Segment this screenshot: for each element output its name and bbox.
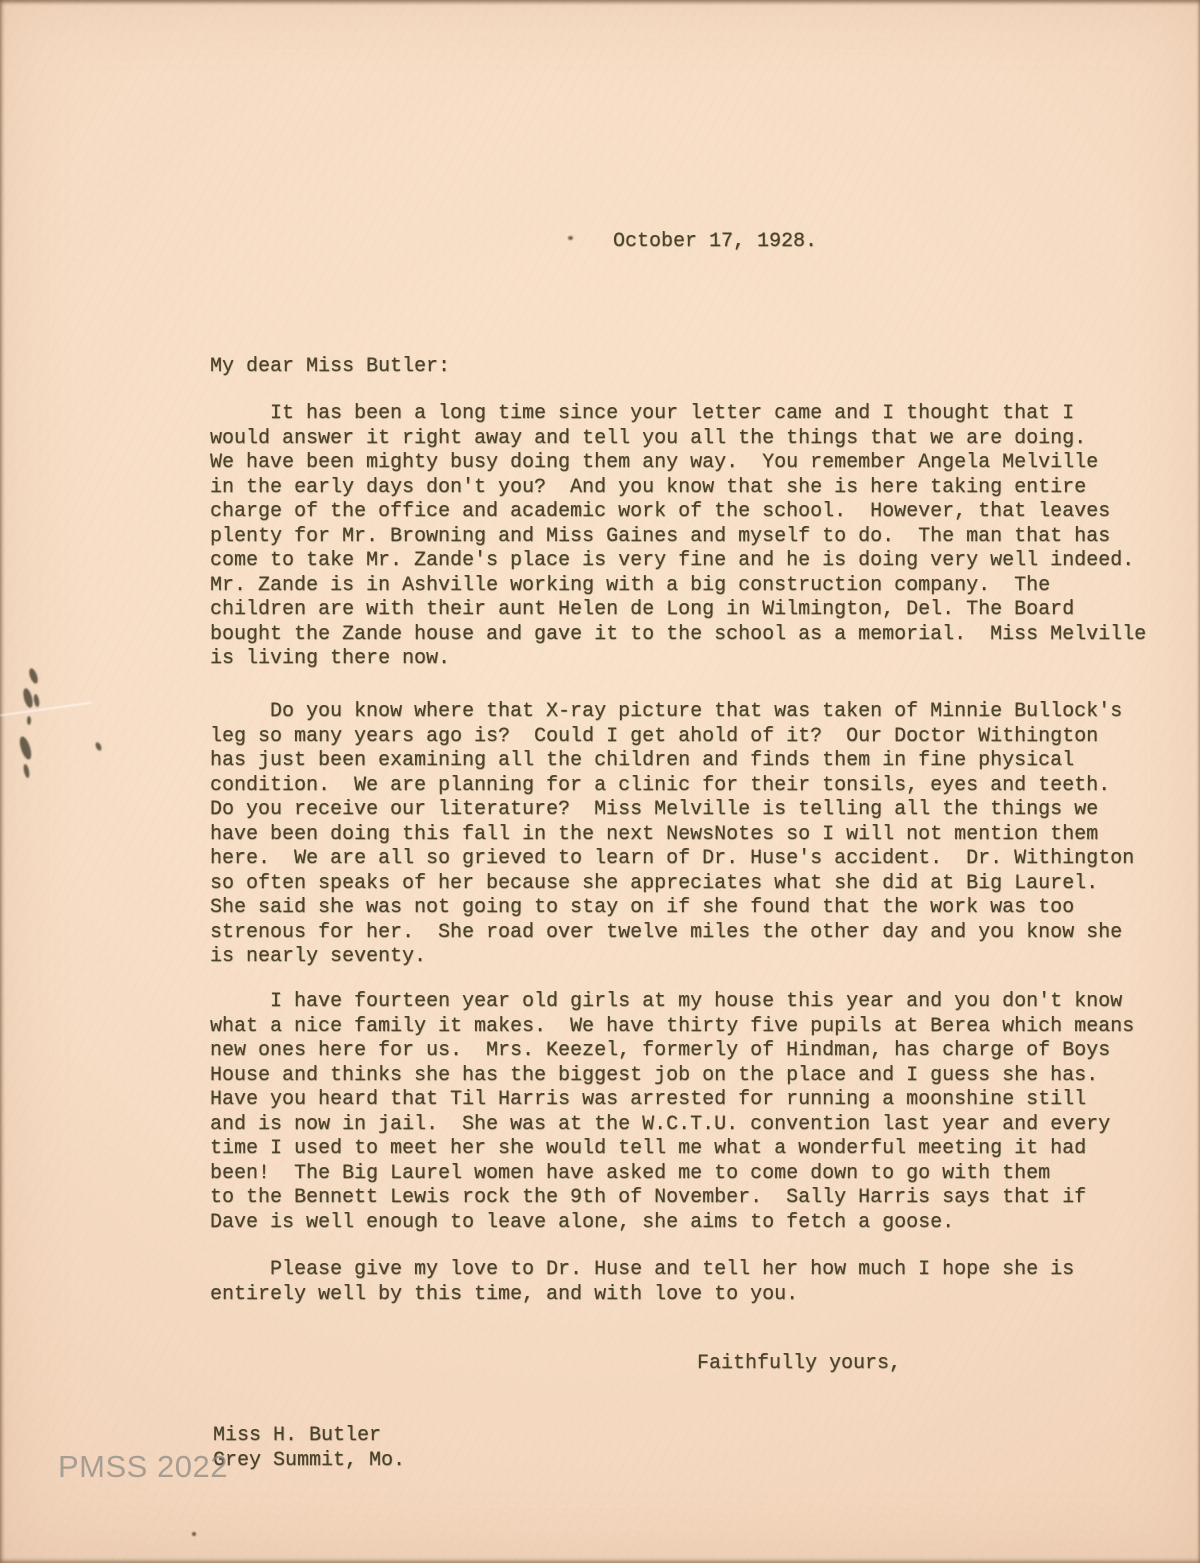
letter-date: October 17, 1928.	[613, 230, 817, 255]
closing-line: Faithfully yours,	[697, 1352, 901, 1377]
ink-smudge	[22, 687, 35, 708]
ink-smudge	[27, 716, 31, 725]
ink-smudge	[18, 735, 34, 761]
paper-crease	[0, 702, 91, 717]
ink-smudge	[568, 236, 573, 240]
ink-smudge	[23, 764, 31, 779]
archive-watermark: PMSS 2022	[58, 1455, 228, 1480]
letter-document: October 17, 1928. My dear Miss Butler: I…	[0, 0, 1200, 1563]
ink-smudge	[192, 1532, 196, 1536]
letter-paragraph-4: Please give my love to Dr. Huse and tell…	[210, 1258, 1074, 1307]
ink-smudge	[33, 694, 40, 708]
letter-paragraph-3: I have fourteen year old girls at my hou…	[210, 990, 1134, 1235]
letter-paragraph-1: It has been a long time since your lette…	[210, 402, 1146, 672]
salutation: My dear Miss Butler:	[210, 355, 450, 380]
ink-smudge	[94, 741, 102, 751]
recipient-name: Miss H. Butler	[213, 1424, 381, 1449]
ink-smudge	[27, 667, 39, 684]
recipient-location: Grey Summit, Mo.	[213, 1449, 405, 1474]
letter-paragraph-2: Do you know where that X-ray picture tha…	[210, 700, 1134, 970]
